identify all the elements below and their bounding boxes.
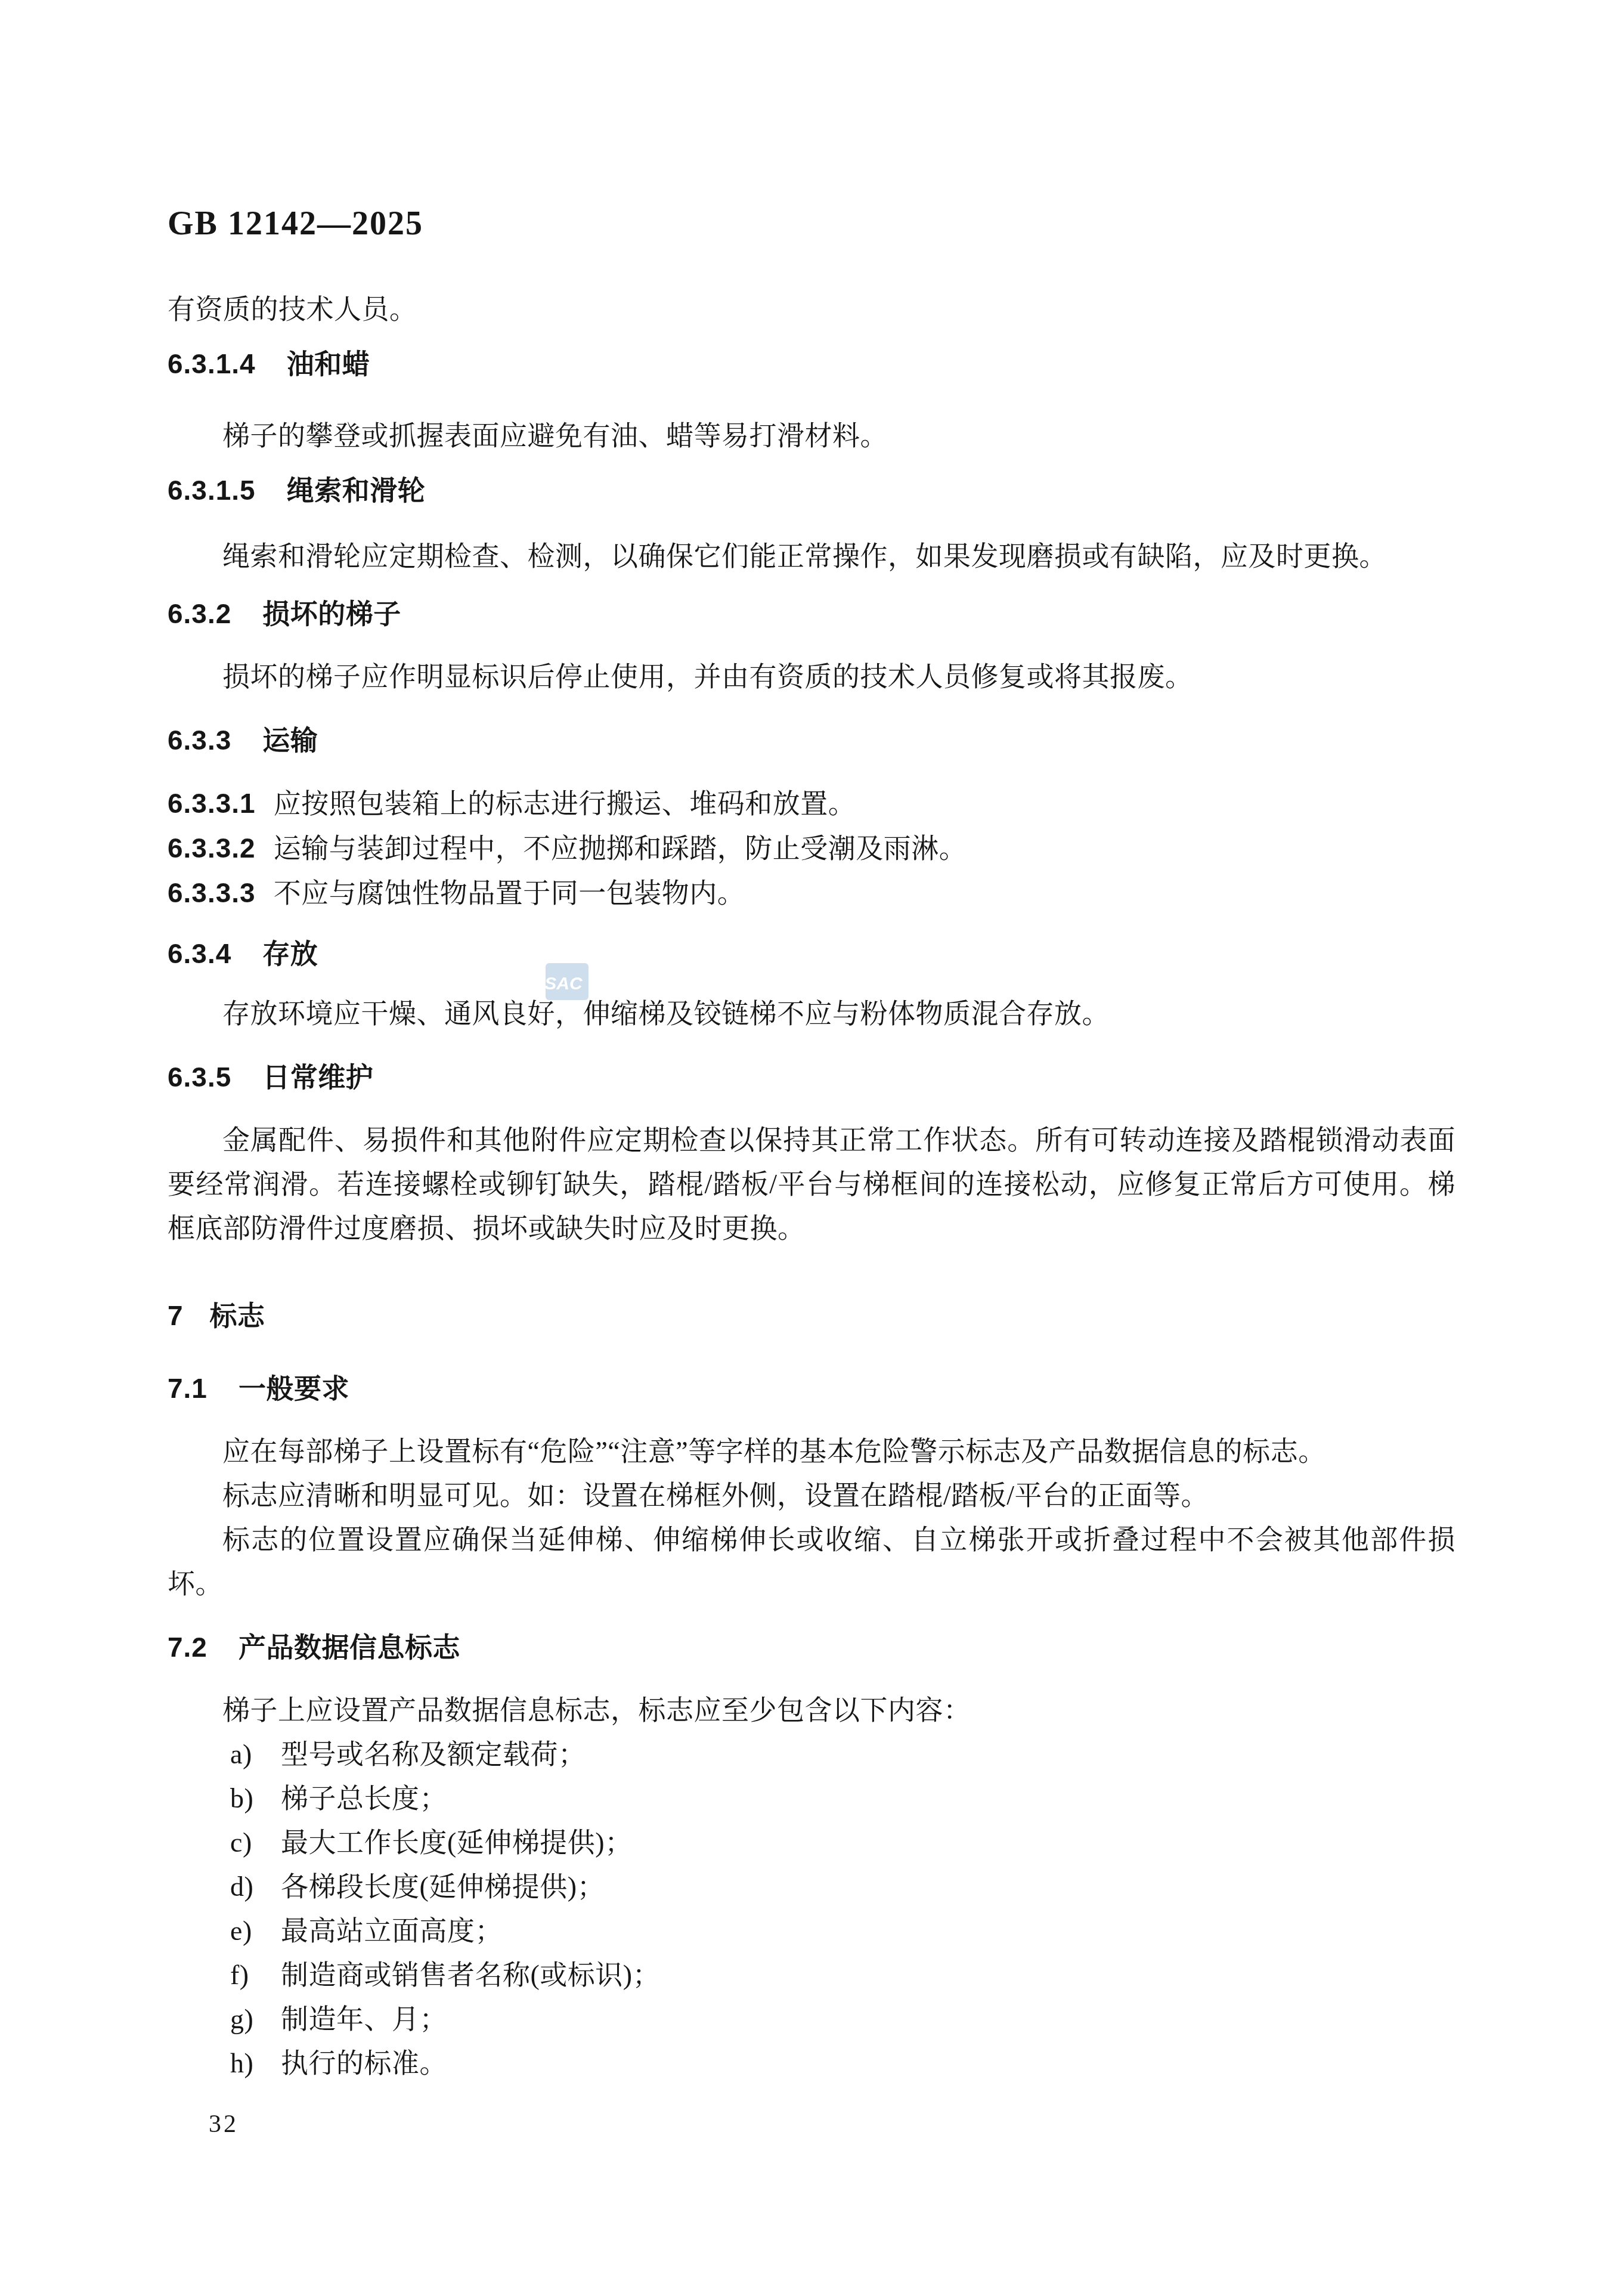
section-title: 日常维护 xyxy=(262,1062,373,1093)
list-item-text: 型号或名称及额定载荷； xyxy=(281,1732,1455,1777)
section-title: 存放 xyxy=(262,938,318,969)
list-item-label: e) xyxy=(230,1909,281,1953)
section-heading-6-3-1-4: 6.3.1.4油和蜡 xyxy=(168,341,1455,386)
chapter-number: 7 xyxy=(168,1300,184,1331)
section-title: 绳索和滑轮 xyxy=(287,475,426,506)
chapter-heading-7: 7标志 xyxy=(168,1293,1455,1338)
paragraph: 应在每部梯子上设置标有“危险”“注意”等字样的基本危险警示标志及产品数据信息的标… xyxy=(168,1429,1455,1474)
section-number: 7.2 xyxy=(168,1632,207,1663)
list-item-text: 梯子总长度； xyxy=(281,1777,1455,1821)
section-title: 产品数据信息标志 xyxy=(239,1632,460,1663)
list-item-label: d) xyxy=(230,1865,281,1909)
paragraph: 梯子的攀登或抓握表面应避免有油、蜡等易打滑材料。 xyxy=(168,414,1455,458)
chapter-title: 标志 xyxy=(210,1300,265,1331)
paragraph: 损坏的梯子应作明显标识后停止使用，并由有资质的技术人员修复或将其报废。 xyxy=(168,655,1455,699)
list-item-text: 制造商或销售者名称(或标识)； xyxy=(281,1953,1455,1997)
list-item-label: c) xyxy=(230,1821,281,1865)
section-heading-6-3-5: 6.3.5日常维护 xyxy=(168,1054,1455,1100)
paragraph: 标志应清晰和明显可见。如：设置在梯框外侧，设置在踏棍/踏板/平台的正面等。 xyxy=(168,1474,1455,1518)
section-number: 6.3.4 xyxy=(168,938,231,969)
document-page: SAC GB 12142—2025 有资质的技术人员。 6.3.1.4油和蜡 梯… xyxy=(0,0,1623,2296)
clause-number: 6.3.3.2 xyxy=(168,833,256,864)
list-item-d: d)各梯段长度(延伸梯提供)； xyxy=(168,1865,1455,1909)
list-item-a: a)型号或名称及额定载荷； xyxy=(168,1732,1455,1777)
paragraph: 标志的位置设置应确保当延伸梯、伸缩梯伸长或收缩、自立梯张开或折叠过程中不会被其他… xyxy=(168,1518,1455,1606)
list-item-label: a) xyxy=(230,1732,281,1777)
clause-number: 6.3.3.3 xyxy=(168,877,256,908)
paragraph: 绳索和滑轮应定期检查、检测，以确保它们能正常操作，如果发现磨损或有缺陷，应及时更… xyxy=(168,534,1455,578)
section-number: 6.3.3 xyxy=(168,725,231,756)
section-title: 一般要求 xyxy=(239,1373,349,1404)
list-item-h: h)执行的标准。 xyxy=(168,2041,1455,2085)
list-item-c: c)最大工作长度(延伸梯提供)； xyxy=(168,1821,1455,1865)
section-title: 运输 xyxy=(262,725,318,756)
paragraph: 存放环境应干燥、通风良好，伸缩梯及铰链梯不应与粉体物质混合存放。 xyxy=(168,992,1455,1036)
standard-number-header: GB 12142—2025 xyxy=(168,202,1455,246)
section-heading-6-3-3: 6.3.3运输 xyxy=(168,717,1455,763)
page-content: GB 12142—2025 有资质的技术人员。 6.3.1.4油和蜡 梯子的攀登… xyxy=(168,202,1455,2085)
list-item-text: 制造年、月； xyxy=(281,1997,1455,2041)
section-number: 6.3.1.4 xyxy=(168,348,256,379)
clause-6-3-3-3: 6.3.3.3不应与腐蚀性物品置于同一包装物内。 xyxy=(168,871,1455,915)
list-item-g: g)制造年、月； xyxy=(168,1997,1455,2041)
section-number: 7.1 xyxy=(168,1373,207,1404)
paragraph: 梯子上应设置产品数据信息标志，标志应至少包含以下内容： xyxy=(168,1688,1455,1732)
list-item-label: h) xyxy=(230,2041,281,2085)
list-item-f: f)制造商或销售者名称(或标识)； xyxy=(168,1953,1455,1997)
section-number: 6.3.1.5 xyxy=(168,475,256,506)
section-number: 6.3.5 xyxy=(168,1062,231,1093)
list-item-text: 各梯段长度(延伸梯提供)； xyxy=(281,1865,1455,1909)
section-number: 6.3.2 xyxy=(168,598,231,629)
section-heading-6-3-2: 6.3.2损坏的梯子 xyxy=(168,591,1455,636)
list-item-label: f) xyxy=(230,1953,281,1997)
list-item-text: 最大工作长度(延伸梯提供)； xyxy=(281,1821,1455,1865)
section-heading-6-3-4: 6.3.4存放 xyxy=(168,931,1455,976)
clause-text: 不应与腐蚀性物品置于同一包装物内。 xyxy=(274,878,745,908)
section-title: 损坏的梯子 xyxy=(262,598,401,629)
paragraph: 金属配件、易损件和其他附件应定期检查以保持其正常工作状态。所有可转动连接及踏棍锁… xyxy=(168,1118,1455,1251)
list-item-b: b)梯子总长度； xyxy=(168,1777,1455,1821)
section-title: 油和蜡 xyxy=(287,348,370,379)
clause-6-3-3-1: 6.3.3.1应按照包装箱上的标志进行搬运、堆码和放置。 xyxy=(168,781,1455,826)
list-item-label: b) xyxy=(230,1777,281,1821)
section-heading-6-3-1-5: 6.3.1.5绳索和滑轮 xyxy=(168,468,1455,513)
clause-text: 运输与装卸过程中，不应抛掷和踩踏，防止受潮及雨淋。 xyxy=(274,833,967,864)
list-item-e: e)最高站立面高度； xyxy=(168,1909,1455,1953)
clause-number: 6.3.3.1 xyxy=(168,788,256,819)
list-item-text: 执行的标准。 xyxy=(281,2041,1455,2085)
section-heading-7-1: 7.1一般要求 xyxy=(168,1366,1455,1411)
page-number: 32 xyxy=(209,2110,239,2139)
list-item-text: 最高站立面高度； xyxy=(281,1909,1455,1953)
list-item-label: g) xyxy=(230,1997,281,2041)
clause-text: 应按照包装箱上的标志进行搬运、堆码和放置。 xyxy=(274,788,856,819)
section-heading-7-2: 7.2产品数据信息标志 xyxy=(168,1624,1455,1670)
paragraph-continuation: 有资质的技术人员。 xyxy=(168,287,1455,332)
clause-6-3-3-2: 6.3.3.2运输与装卸过程中，不应抛掷和踩踏，防止受潮及雨淋。 xyxy=(168,826,1455,871)
